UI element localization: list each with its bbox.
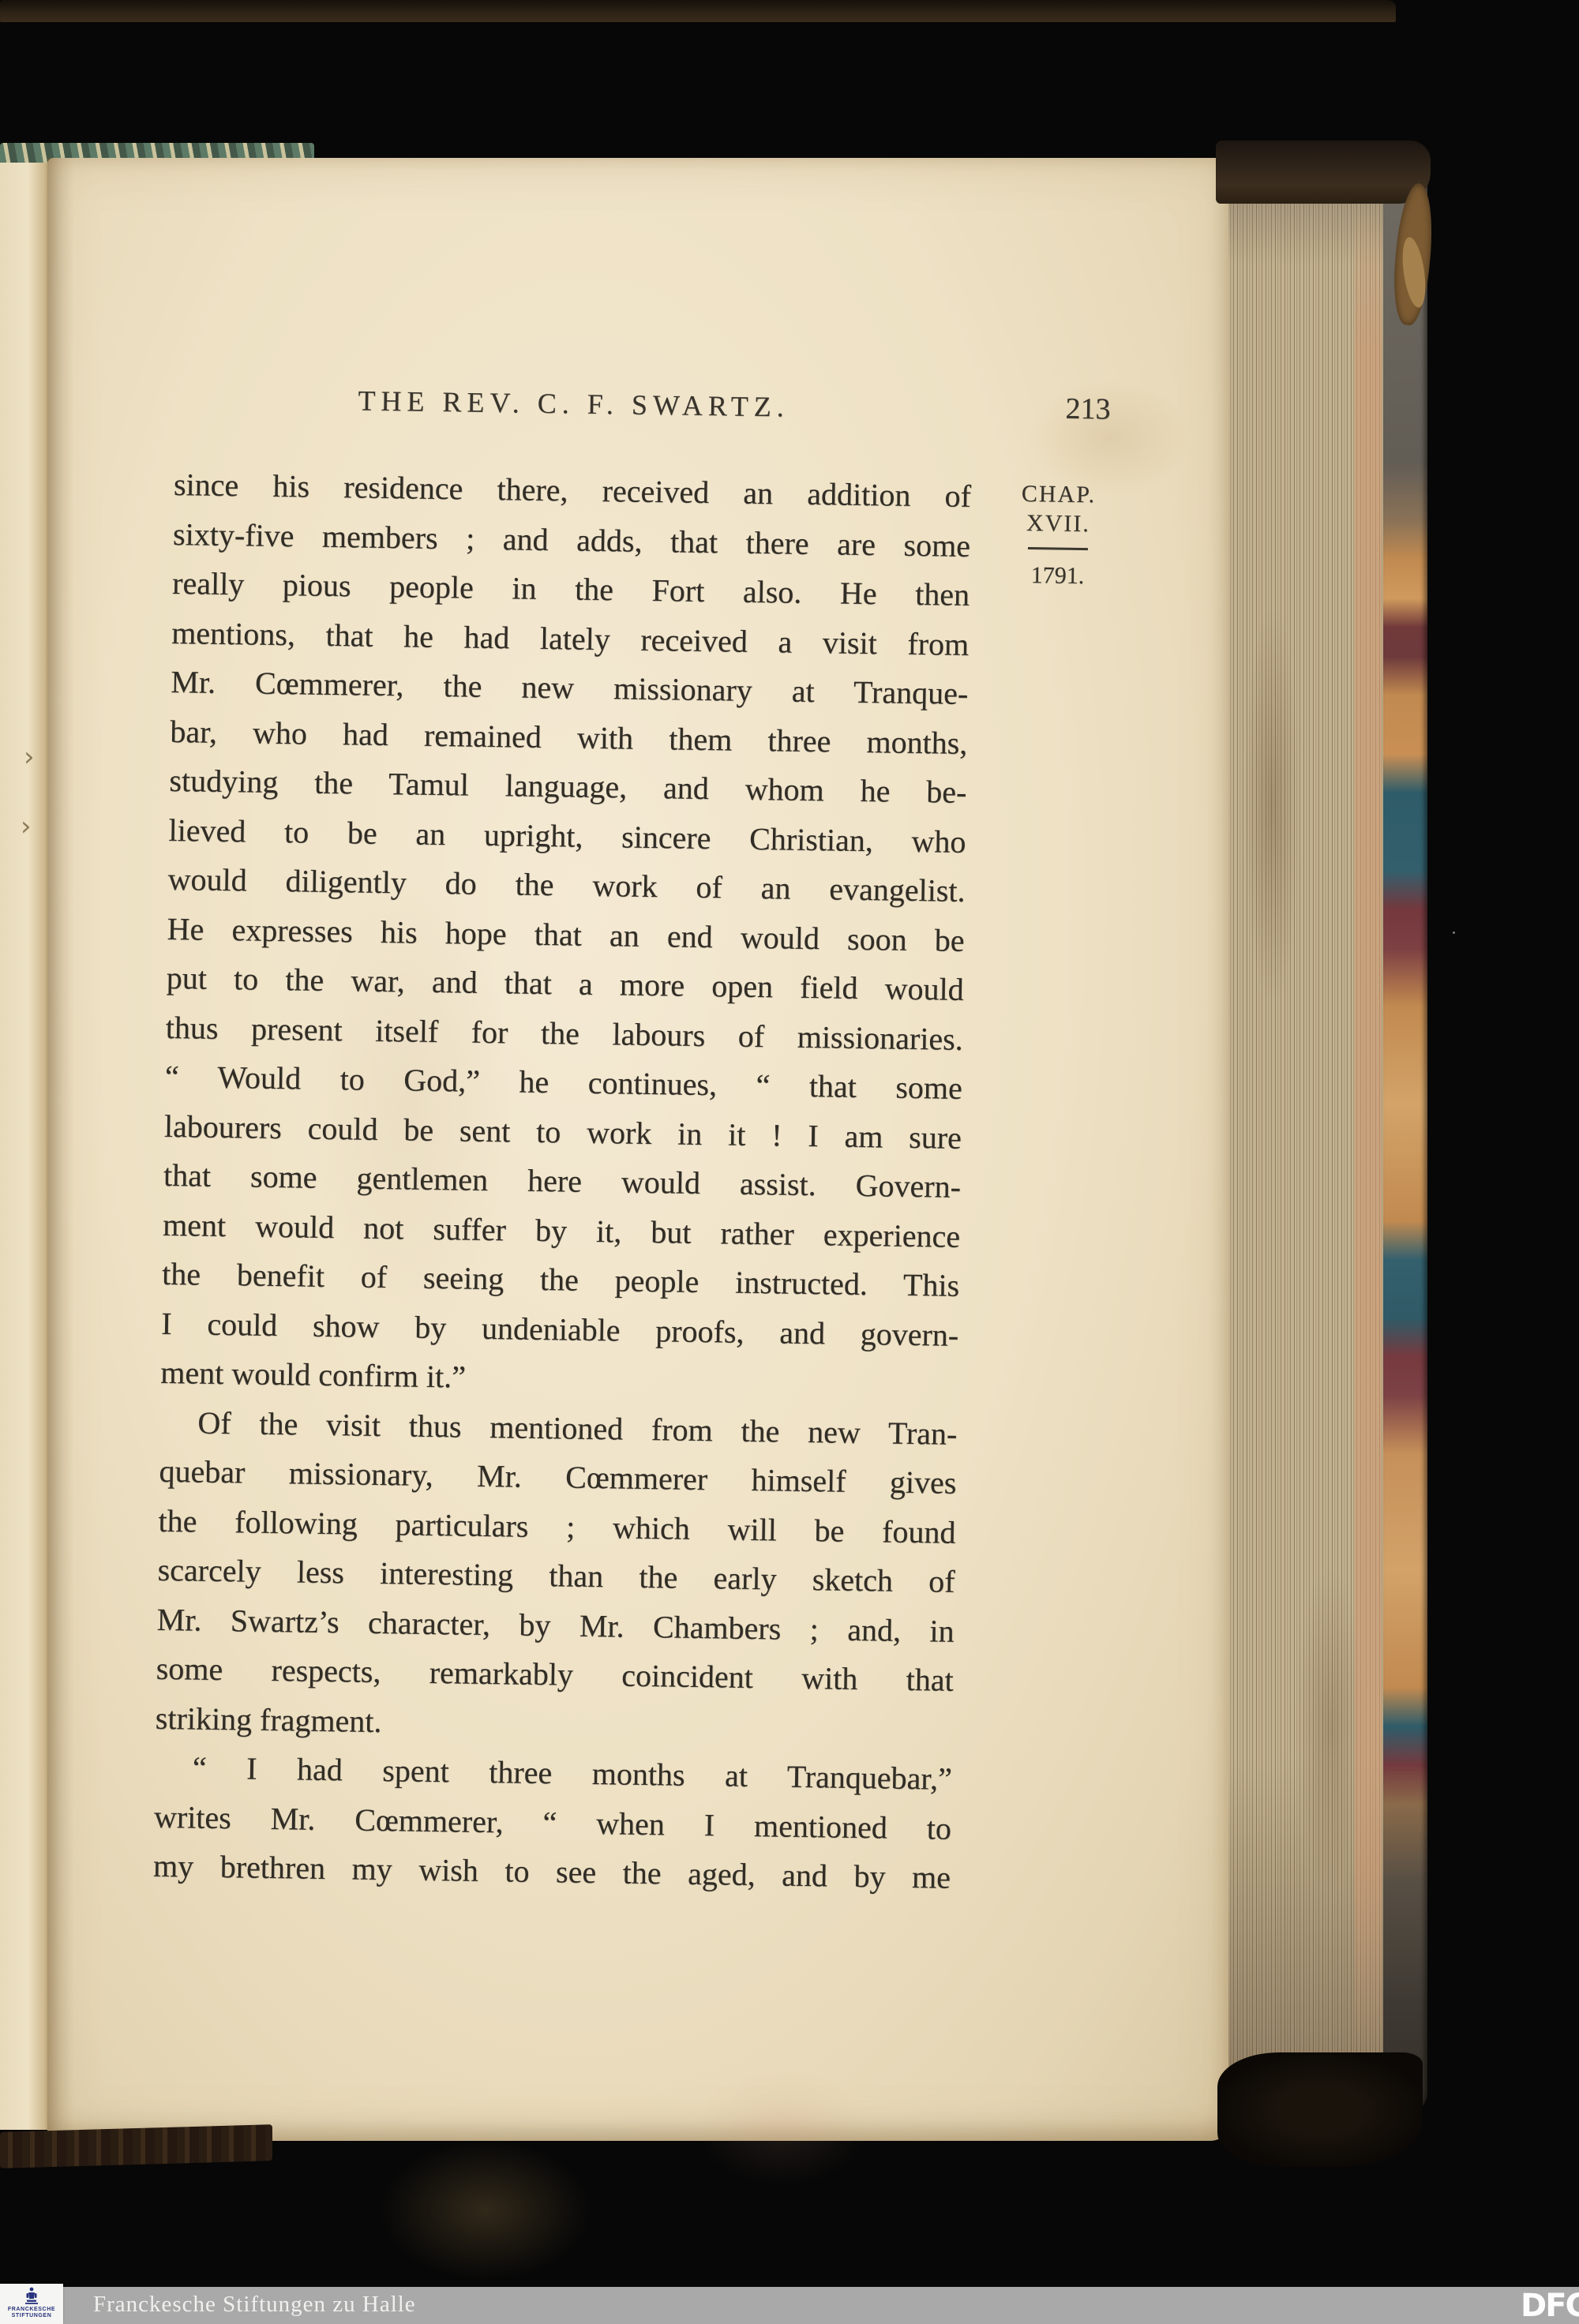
franckesche-emblem-icon <box>21 2286 42 2305</box>
margin-rule <box>1028 547 1088 550</box>
logo-caption-line: STIFTUNGEN <box>0 2313 63 2319</box>
institution-name: Franckesche Stiftungen zu Halle <box>93 2292 416 2318</box>
top-right-leather-corner <box>1216 141 1431 204</box>
fore-edge-endpaper-strip <box>1355 197 1382 2060</box>
page-number: 213 <box>1065 392 1111 427</box>
previous-page-sliver <box>0 163 51 2130</box>
chapter-label: CHAP. <box>1000 479 1119 510</box>
bottom-right-cover-shadow <box>1217 2052 1423 2167</box>
page-curl-mark: › <box>21 813 32 840</box>
book-top-cover-edge <box>0 0 1396 22</box>
body-text: since his residence there, received an a… <box>153 460 972 1902</box>
page-stain <box>695 2068 868 2187</box>
page-curl-mark: › <box>24 744 35 770</box>
marbled-board-edge <box>1383 171 1427 2116</box>
institution-logo: FRANCKESCHE STIFTUNGEN <box>0 2284 63 2324</box>
page-stain <box>379 2139 592 2281</box>
logo-caption-line: FRANCKESCHE <box>0 2307 63 2313</box>
logo-caption: FRANCKESCHE STIFTUNGEN <box>0 2307 63 2319</box>
gutter-shadow <box>47 158 74 2141</box>
running-head: THE REV. C. F. SWARTZ. <box>174 381 973 426</box>
printed-text-block: THE REV. C. F. SWARTZ. 213 CHAP. XVII. 1… <box>175 381 973 393</box>
dust-speck <box>1453 931 1455 934</box>
margin-note: CHAP. XVII. 1791. <box>998 479 1118 590</box>
fore-edge-smudge <box>1244 600 1300 1010</box>
book-page: › › THE REV. C. F. SWARTZ. 213 CHAP. XVI… <box>47 158 1233 2141</box>
scanned-book-viewer: › › THE REV. C. F. SWARTZ. 213 CHAP. XVI… <box>0 0 1579 2324</box>
chapter-numeral: XVII. <box>999 508 1118 539</box>
dfg-logo: DFG <box>1521 2288 1579 2324</box>
year-label: 1791. <box>998 561 1116 590</box>
bottom-cover-edge <box>0 2124 272 2168</box>
